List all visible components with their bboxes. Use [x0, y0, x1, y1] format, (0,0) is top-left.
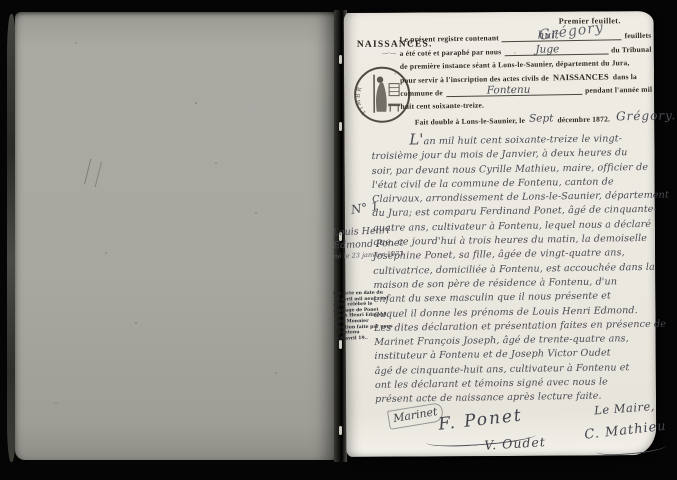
handwritten-day: Sept	[529, 112, 554, 124]
printed-text: dans la	[613, 72, 637, 81]
left-blank-page	[15, 12, 334, 460]
printed-text: commune de	[400, 88, 443, 98]
register-first-leaf: Premier feuillet. Grégory NAISSANCES. —·…	[344, 11, 657, 457]
printed-text: du Tribunal	[611, 45, 652, 55]
handwritten-entry: Juge	[535, 43, 559, 55]
binding-stitch	[339, 55, 342, 64]
mayor-signature: C. Mathieu	[584, 419, 668, 443]
witness2-signature: V. Oudet	[484, 434, 546, 453]
printed-text: décembre 1872.	[557, 114, 610, 124]
binding-stitch	[339, 122, 342, 131]
signature-flourish	[596, 440, 667, 457]
printed-preamble: Le présent registre contenant huit feuil…	[399, 27, 653, 127]
printed-keyword: NAISSANCES	[553, 71, 609, 82]
judge-signature: Grégory.	[616, 108, 676, 123]
birth-act-text: L'an mil huit cent soixante-treize le vi…	[371, 129, 653, 408]
printed-text: Le présent registre contenant	[399, 34, 499, 45]
printed-text: a été coté et paraphé par nous	[400, 47, 502, 58]
printed-text: huit cent soixante-treize.	[400, 101, 484, 111]
fait-double-line: Fait double à Lons-le-Saunier, le Sept d…	[401, 109, 653, 127]
handwritten-entry: huit	[538, 30, 559, 42]
printed-text: pendant l'année mil	[585, 85, 652, 95]
handwritten-commune: Fontenu	[487, 84, 531, 97]
svg-text:TIMBRE: TIMBRE	[350, 63, 368, 117]
binding-stitch	[339, 426, 342, 435]
printed-text: feuillets	[625, 31, 652, 40]
paper-speckles	[344, 13, 346, 15]
scanned-register-page: Premier feuillet. Grégory NAISSANCES. —·…	[0, 0, 677, 480]
stamp-text: TIMBRE	[350, 63, 368, 117]
printed-text: Fait double à Lons-le-Saunier, le	[415, 116, 525, 127]
pencil-scratch-mark	[84, 159, 102, 187]
title-ornament: —·—	[382, 51, 396, 57]
paper-speckles	[15, 12, 17, 14]
